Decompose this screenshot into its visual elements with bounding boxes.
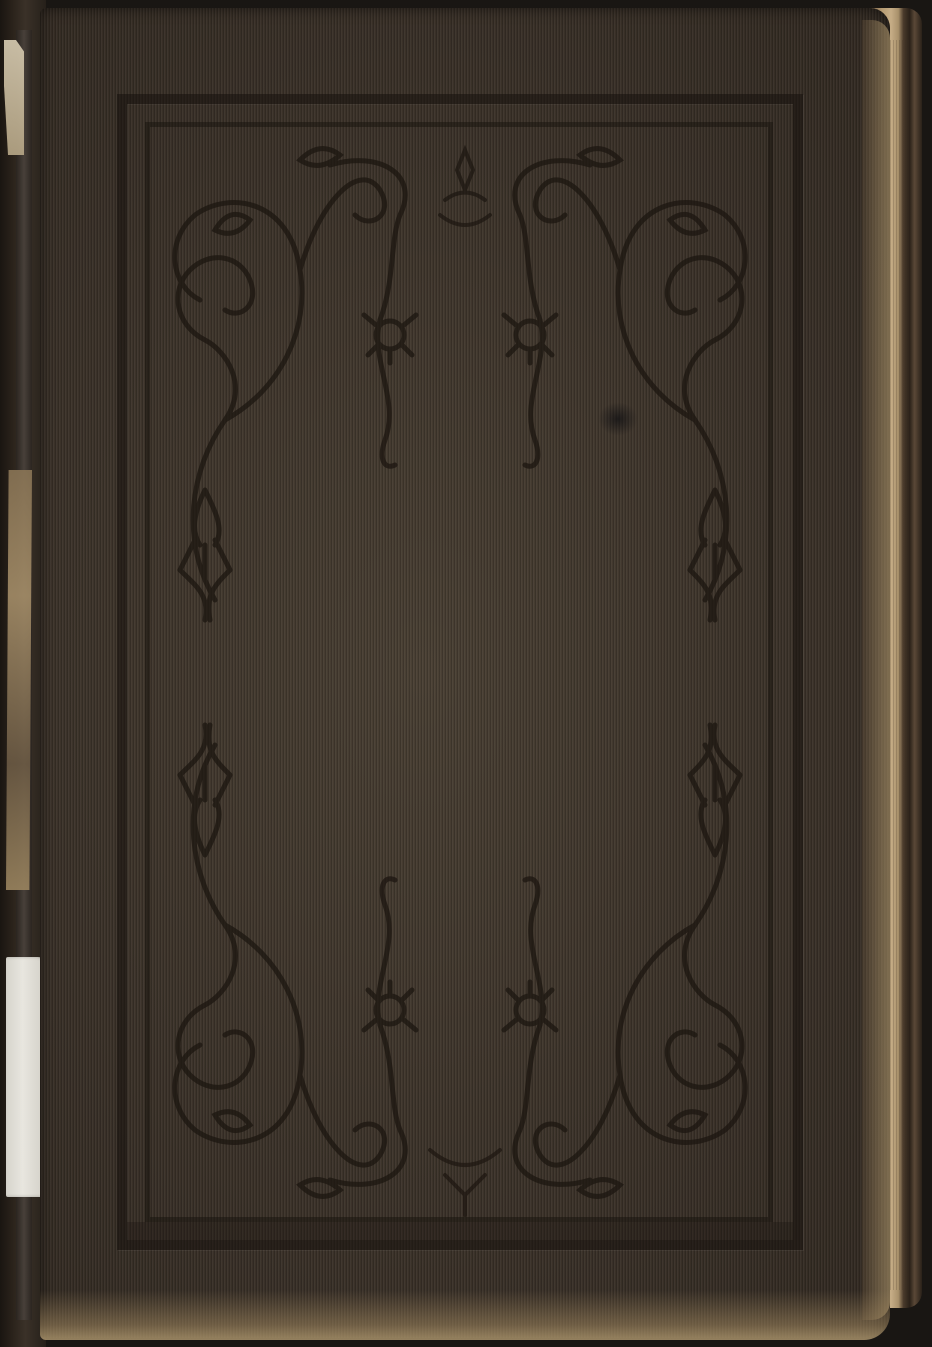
embossed-floral-ornament: [0, 0, 932, 1347]
